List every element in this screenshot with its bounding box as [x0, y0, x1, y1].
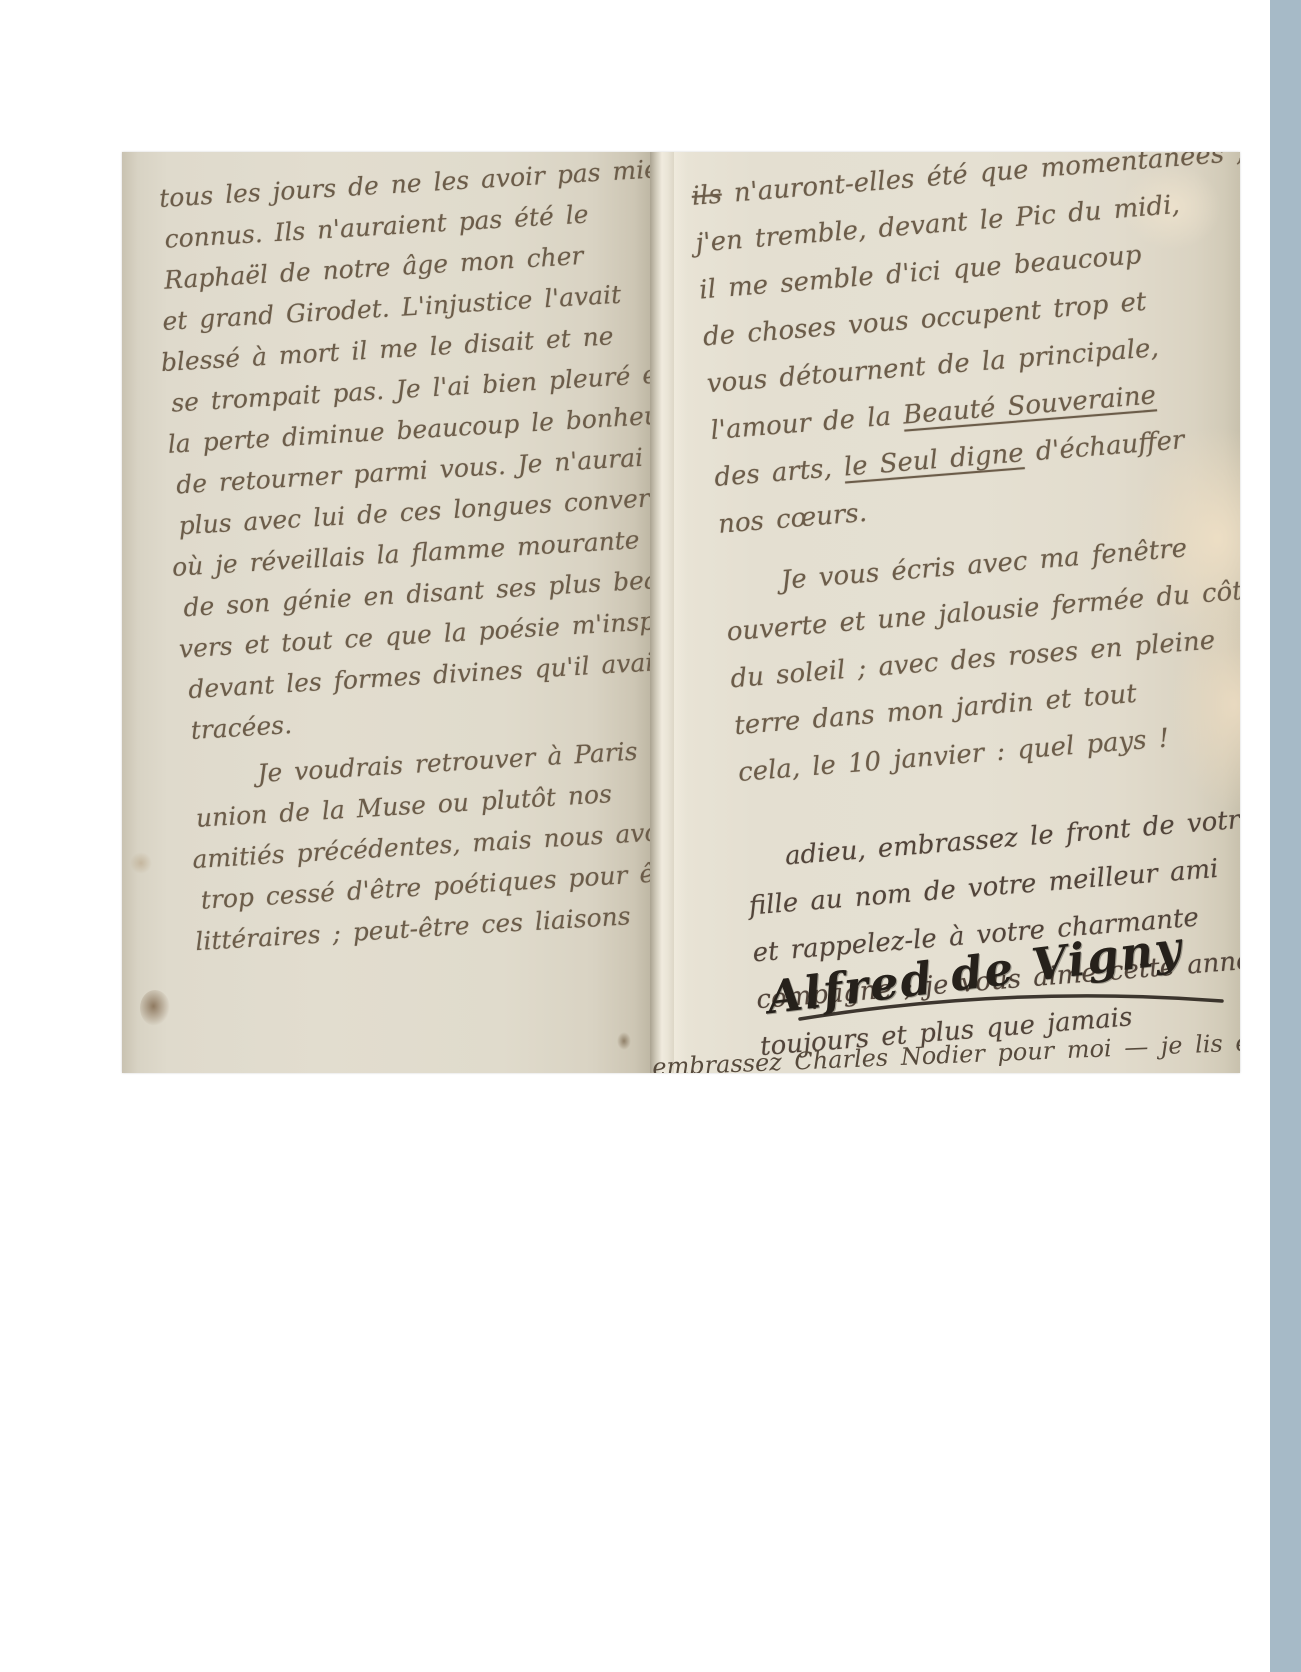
ink-smudge [140, 990, 170, 1026]
struck-word: ils [691, 180, 723, 212]
line-text: des arts, [713, 453, 845, 493]
paper-stain [130, 852, 152, 874]
page-background: tous les jours de ne les avoir pas mieux… [0, 0, 1301, 1672]
manuscript-photo: tous les jours de ne les avoir pas mieux… [122, 152, 1240, 1073]
page-fold [650, 152, 674, 1073]
underlined-words: le Seul digne [843, 438, 1025, 482]
ink-smudge [617, 1032, 631, 1050]
right-accent-bar [1270, 0, 1301, 1672]
letter-left-page: tous les jours de ne les avoir pas mieux… [122, 152, 650, 1073]
line-text: d'échauffer [1022, 425, 1185, 468]
line-text: l'amour de la [709, 401, 904, 446]
signature-flourish [796, 985, 1226, 1025]
left-page-text: tous les jours de ne les avoir pas mieux… [158, 152, 704, 962]
line-text: nos cœurs. [717, 498, 868, 540]
